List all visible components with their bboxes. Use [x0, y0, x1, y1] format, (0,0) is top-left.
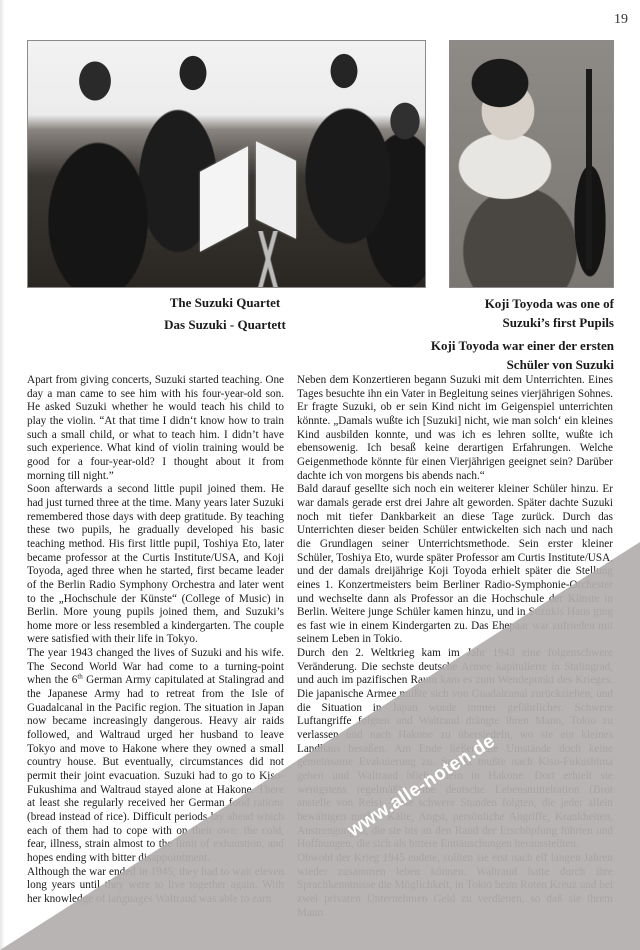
english-paragraph: Soon afterwards a second little pupil jo…: [27, 483, 284, 647]
german-paragraph: Bald darauf gesellte sich noch ein weite…: [297, 483, 613, 647]
toyoda-caption-german: Koji Toyoda war einer der ersten Schüler…: [400, 336, 614, 374]
german-paragraph: Durch den 2. Weltkrieg kam im Jahr 1943 …: [297, 647, 613, 852]
violin-neck: [586, 69, 592, 269]
toyoda-portrait-photo: [449, 40, 614, 288]
german-paragraph: Neben dem Konzertieren begann Suzuki mit…: [297, 374, 613, 483]
german-paragraph: Obwohl der Krieg 1945 endete, sollten si…: [297, 852, 613, 920]
quartet-caption-english: The Suzuki Quartet: [130, 294, 320, 312]
quartet-caption-german: Das Suzuki - Quartett: [130, 316, 320, 334]
quartet-photo: [27, 40, 426, 288]
english-paragraph: Although the war ended in 1945, they had…: [27, 866, 284, 907]
page-number: 19: [602, 12, 628, 28]
english-paragraph: The year 1943 changed the lives of Suzuk…: [27, 647, 284, 866]
page-edge-shadow: [0, 0, 4, 950]
english-text-span: German Army capitulated at Stalingrad an…: [27, 674, 284, 864]
german-text-column: Neben dem Konzertieren begann Suzuki mit…: [297, 374, 613, 920]
toyoda-caption-english: Koji Toyoda was one of Suzuki’s first Pu…: [440, 294, 614, 332]
music-stand-right: [256, 141, 296, 239]
music-stand-legs: [198, 231, 338, 287]
english-text-column: Apart from giving concerts, Suzuki start…: [27, 374, 284, 907]
english-paragraph: Apart from giving concerts, Suzuki start…: [27, 374, 284, 483]
